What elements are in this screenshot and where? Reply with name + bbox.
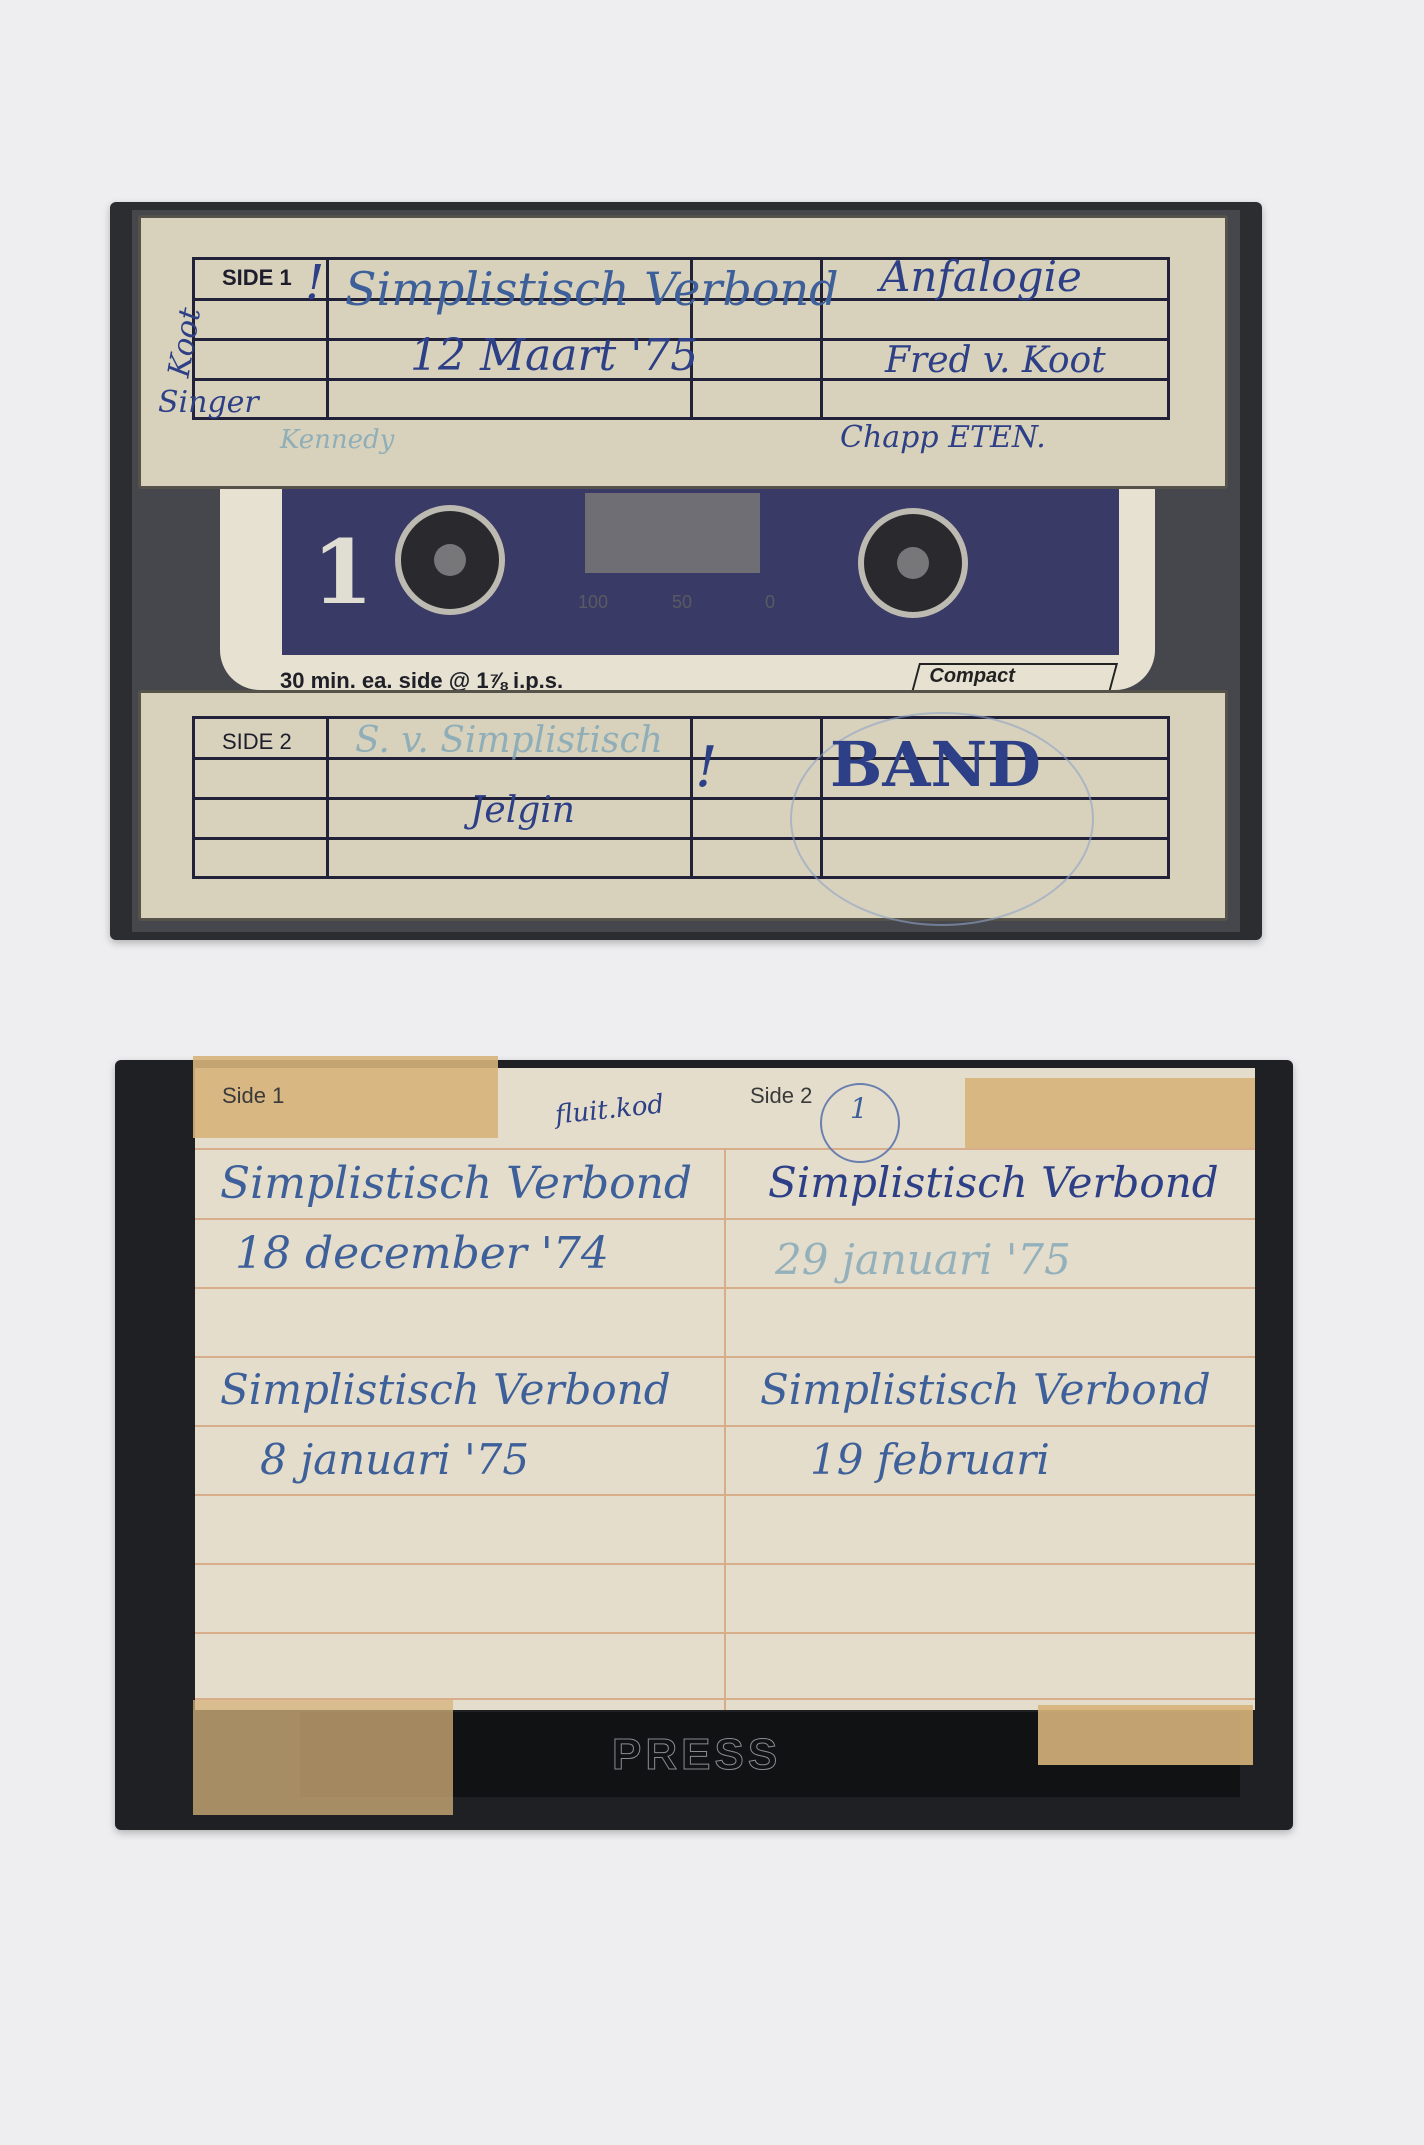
entry-date: 8 januari '75: [260, 1435, 529, 1484]
side1-right-line3: Chapp ETEN.: [840, 420, 1046, 455]
circle-note: 1: [850, 1092, 868, 1125]
entry-title: Simplistisch Verbond: [220, 1365, 671, 1414]
tape-window: [585, 493, 760, 573]
side1-right-line1: Anfalogie: [880, 252, 1082, 301]
counter-mark: 100: [578, 592, 608, 613]
side2-faint-line: S. v. Simplistisch: [355, 720, 663, 761]
side1-label: SIDE 1: [222, 265, 292, 291]
entry-title: Simplistisch Verbond: [760, 1365, 1211, 1414]
faint-note: Kennedy: [280, 425, 394, 455]
tape-piece: [965, 1078, 1255, 1148]
side2-label: Side 2: [750, 1083, 812, 1109]
side-number: 1: [312, 520, 373, 624]
side2-mark: !: [695, 735, 718, 800]
side1-title: Simplistisch Verbond: [345, 262, 839, 316]
margin-note: Singer: [158, 385, 259, 420]
right-reel-icon: [858, 508, 968, 618]
side1-right-line2: Fred v. Koot: [885, 340, 1106, 381]
entry-date: 29 januari '75: [775, 1235, 1071, 1284]
entry-date: 18 december '74: [235, 1228, 609, 1279]
band-stamp: BAND: [830, 728, 1041, 801]
entry-title: Simplistisch Verbond: [220, 1158, 692, 1209]
entry-date: 19 februari: [810, 1435, 1050, 1484]
counter-mark: 0: [765, 592, 775, 613]
press-embossing: PRESS: [612, 1730, 781, 1780]
side2-line2: Jelgin: [470, 790, 575, 831]
counter-mark: 50: [672, 592, 692, 613]
tape-piece: [193, 1700, 453, 1815]
side1-label: Side 1: [222, 1083, 284, 1109]
tape-piece: [1038, 1705, 1253, 1765]
compact-logo: Compact: [911, 663, 1118, 693]
side2-label: SIDE 2: [222, 729, 292, 755]
left-reel-icon: [395, 505, 505, 615]
entry-title: Simplistisch Verbond: [768, 1158, 1219, 1207]
column-divider: [724, 1148, 726, 1710]
exclamation-mark: !: [305, 255, 324, 311]
side1-date: 12 Maart '75: [410, 330, 698, 381]
